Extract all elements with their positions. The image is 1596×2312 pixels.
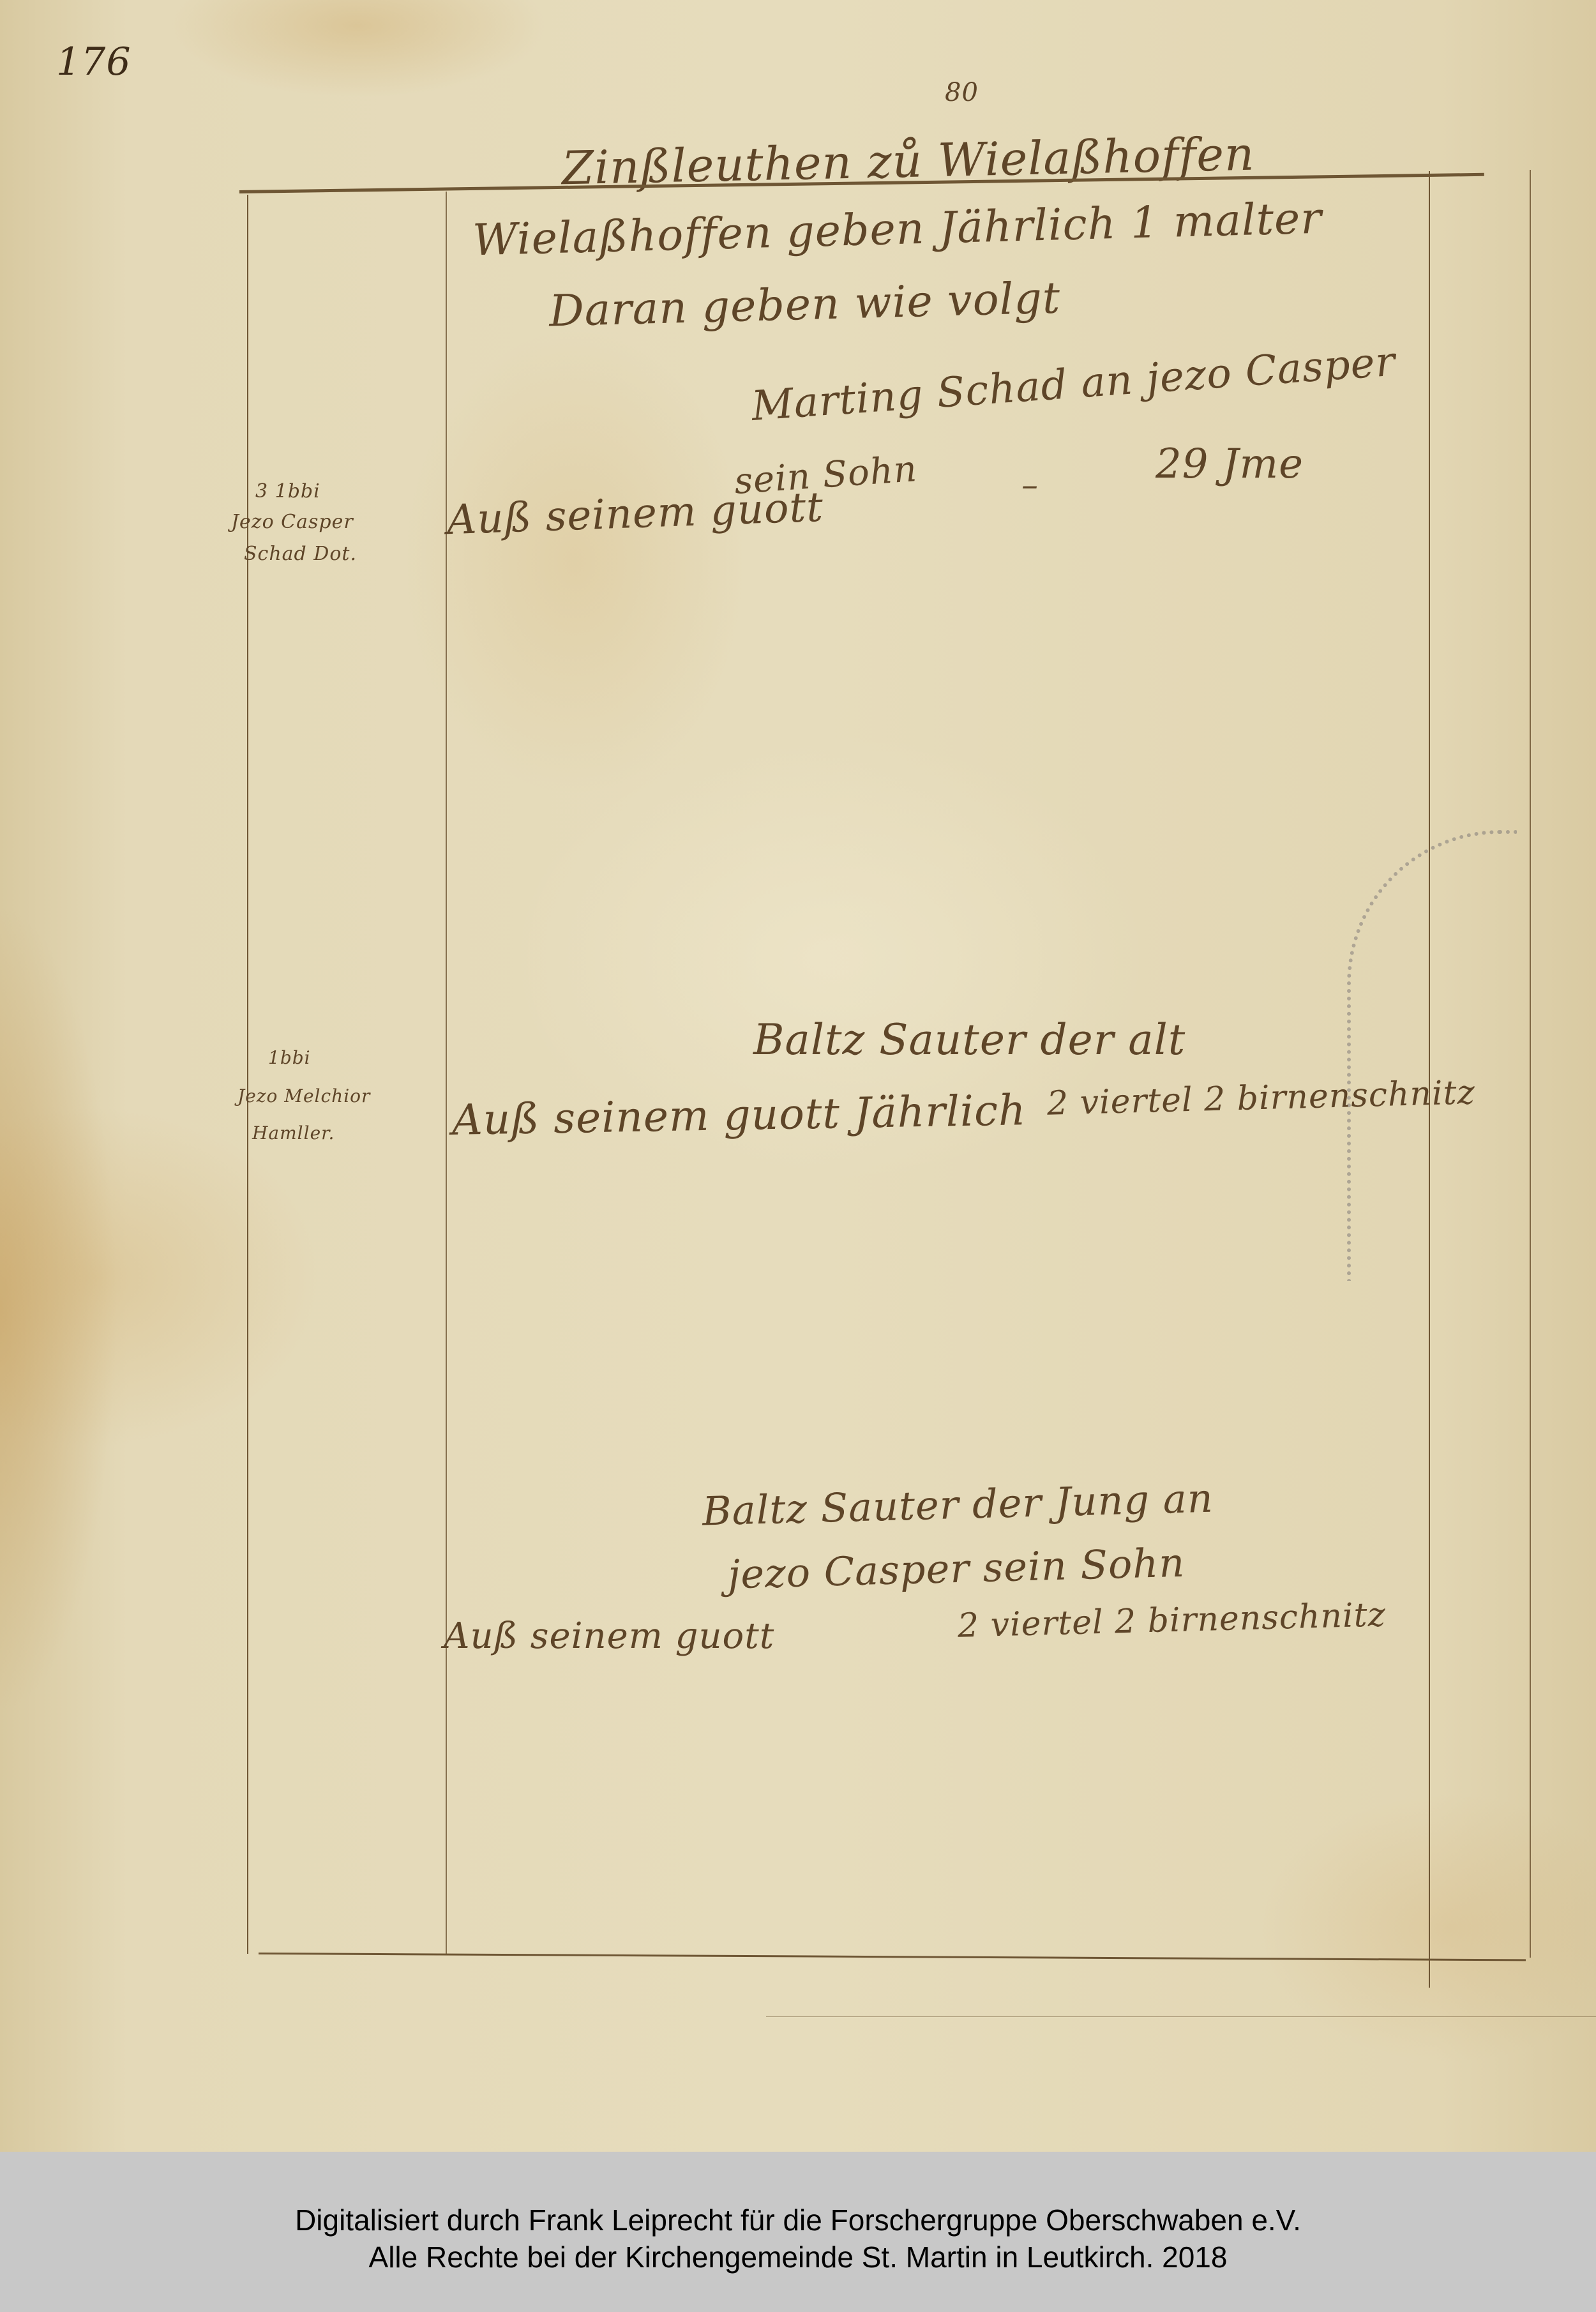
frame-right-line: [1530, 170, 1531, 1958]
entry-2-name-line-1: Baltz Sauter der alt: [753, 1015, 1186, 1064]
entry-2-source: Auß seinem guott Jährlich: [451, 1085, 1027, 1145]
entry-3-amount: 2 viertel 2 birnenschnitz: [957, 1596, 1386, 1645]
entry-3-name-line-1: Baltz Sauter der Jung an: [702, 1475, 1214, 1535]
entry-1-dash: –: [1021, 466, 1039, 504]
entry-1-margin-line-3: Schad Dot.: [244, 543, 357, 565]
pencil-mark: [1347, 830, 1517, 1281]
folio-number: 176: [56, 40, 132, 84]
intro-line-1: Wielaßhoffen geben Jährlich 1 malter: [472, 193, 1323, 266]
page-number: 80: [945, 78, 979, 107]
digitization-caption: Digitalisiert durch Frank Leiprecht für …: [0, 2152, 1596, 2312]
entry-2-margin-line-3: Hamller.: [252, 1122, 335, 1144]
entry-2-margin-line-1: 1bbi: [268, 1047, 311, 1068]
entry-3-source: Auß seinem guott: [444, 1615, 774, 1657]
caption-line-2: Alle Rechte bei der Kirchengemeinde St. …: [0, 2239, 1596, 2276]
entry-1-source: Auß seinem guott: [446, 484, 824, 545]
frame-left-line: [247, 195, 248, 1954]
entry-1-margin-line-1: 3 1bbi: [255, 480, 320, 502]
entry-3-name-line-2: jezo Casper sein Sohn: [727, 1539, 1186, 1598]
manuscript-page: 176 80 Zinßleuthen zů Wielaßhoffen Wiela…: [0, 0, 1596, 2152]
entry-1-amount: 29 Jme: [1156, 441, 1304, 488]
margin-divider-line: [446, 192, 447, 1955]
lower-fold-line: [766, 2016, 1596, 2017]
entry-2-margin-line-2: Jezo Melchior: [237, 1085, 370, 1107]
caption-line-1: Digitalisiert durch Frank Leiprecht für …: [0, 2152, 1596, 2239]
entry-1-name-line-1: Marting Schad an jezo Casper: [750, 338, 1397, 430]
intro-line-2: Daran geben wie volgt: [548, 273, 1061, 337]
bottom-rule: [259, 1953, 1526, 1961]
entry-1-margin-line-2: Jezo Casper: [231, 511, 354, 533]
